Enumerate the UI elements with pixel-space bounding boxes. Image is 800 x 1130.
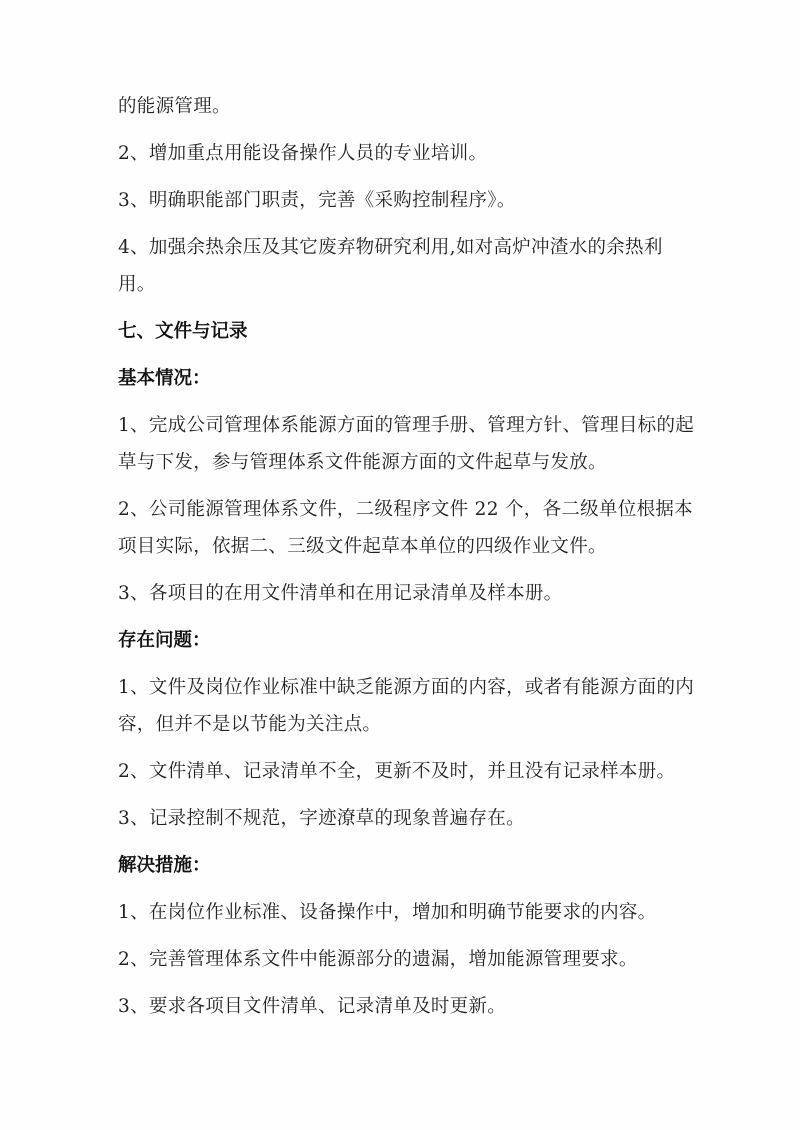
paragraph-basic-1: 1、完成公司管理体系能源方面的管理手册、管理方针、管理目标的起草与下发，参与管理… bbox=[118, 407, 696, 481]
paragraph-problem-1: 1、文件及岗位作业标准中缺乏能源方面的内容，或者有能源方面的内容，但并不是以节能… bbox=[118, 669, 696, 743]
paragraph-basic-2: 2、公司能源管理体系文件，二级程序文件 22 个，各二级单位根据本项目实际，依据… bbox=[118, 491, 696, 565]
subheading-solutions: 解决措施： bbox=[118, 847, 696, 884]
document-page: 的能源管理。 2、增加重点用能设备操作人员的专业培训。 3、明确职能部门职责，完… bbox=[0, 0, 800, 1130]
section-heading: 七、文件与记录 bbox=[118, 313, 696, 350]
paragraph-measure-3: 3、明确职能部门职责，完善《采购控制程序》。 bbox=[118, 182, 696, 219]
paragraph-basic-3: 3、各项目的在用文件清单和在用记录清单及样本册。 bbox=[118, 575, 696, 612]
paragraph-measure-2: 2、增加重点用能设备操作人员的专业培训。 bbox=[118, 135, 696, 172]
subheading-problems: 存在问题： bbox=[118, 622, 696, 659]
paragraph-solution-1: 1、在岗位作业标准、设备操作中，增加和明确节能要求的内容。 bbox=[118, 894, 696, 931]
paragraph-continuation: 的能源管理。 bbox=[118, 88, 696, 125]
document-body: 的能源管理。 2、增加重点用能设备操作人员的专业培训。 3、明确职能部门职责，完… bbox=[118, 88, 696, 1025]
paragraph-solution-3: 3、要求各项目文件清单、记录清单及时更新。 bbox=[118, 988, 696, 1025]
paragraph-problem-3: 3、记录控制不规范，字迹潦草的现象普遍存在。 bbox=[118, 800, 696, 837]
paragraph-measure-4: 4、加强余热余压及其它废弃物研究利用,如对高炉冲渣水的余热利用。 bbox=[118, 229, 696, 303]
subheading-basic-situation: 基本情况： bbox=[118, 360, 696, 397]
paragraph-solution-2: 2、完善管理体系文件中能源部分的遗漏，增加能源管理要求。 bbox=[118, 941, 696, 978]
paragraph-problem-2: 2、文件清单、记录清单不全，更新不及时，并且没有记录样本册。 bbox=[118, 753, 696, 790]
